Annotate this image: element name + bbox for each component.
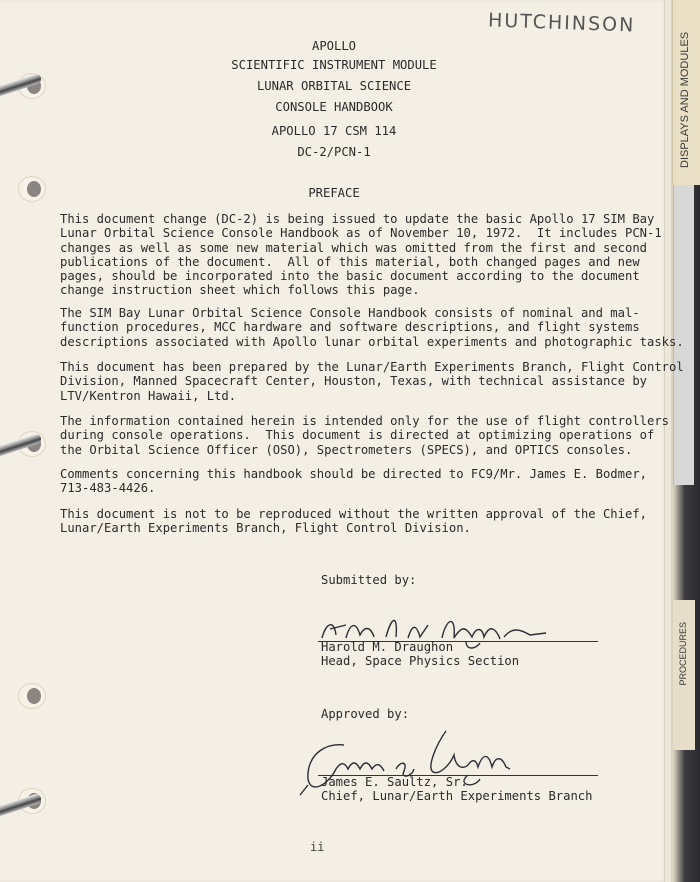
header-line-5: APOLLO 17 CSM 114 — [0, 124, 668, 138]
header-line-6: DC-2/PCN-1 — [0, 145, 668, 159]
header-line-1: APOLLO — [0, 39, 668, 53]
tab-label-procedures: PROCEDURES — [678, 622, 688, 686]
divider-tab-procedures[interactable]: PROCEDURES — [673, 600, 695, 750]
paragraph-2: The SIM Bay Lunar Orbital Science Consol… — [60, 306, 640, 349]
divider-tab-displays[interactable]: DISPLAYS AND MODULES — [672, 0, 700, 185]
approver-title: Chief, Lunar/Earth Experiments Branch — [321, 789, 593, 804]
approved-by-label: Approved by: — [321, 707, 409, 721]
section-title: PREFACE — [0, 186, 668, 200]
paragraph-5: Comments concerning this handbook should… — [60, 467, 640, 496]
submitted-by-label: Submitted by: — [321, 573, 416, 587]
page-number: ii — [310, 840, 324, 854]
paragraph-3: This document has been prepared by the L… — [60, 360, 640, 403]
handwritten-name: HUTCHINSON — [488, 9, 636, 36]
header-line-4: CONSOLE HANDBOOK — [0, 100, 668, 114]
paragraph-4: The information contained herein is inte… — [60, 414, 640, 457]
tab-label-displays: DISPLAYS AND MODULES — [679, 18, 691, 168]
document-page: HUTCHINSON APOLLO SCIENTIFIC INSTRUMENT … — [0, 0, 668, 882]
paragraph-6: This document is not to be reproduced wi… — [60, 507, 640, 536]
submitter-title: Head, Space Physics Section — [321, 654, 519, 669]
paragraph-1: This document change (DC-2) is being iss… — [60, 212, 640, 298]
approver-name: James E. Saultz, Sr. — [321, 775, 468, 790]
submitter-name: Harold M. Draughon — [321, 640, 453, 655]
binder-hole — [18, 683, 46, 709]
header-line-2: SCIENTIFIC INSTRUMENT MODULE — [0, 58, 668, 72]
header-line-3: LUNAR ORBITAL SCIENCE — [0, 79, 668, 93]
